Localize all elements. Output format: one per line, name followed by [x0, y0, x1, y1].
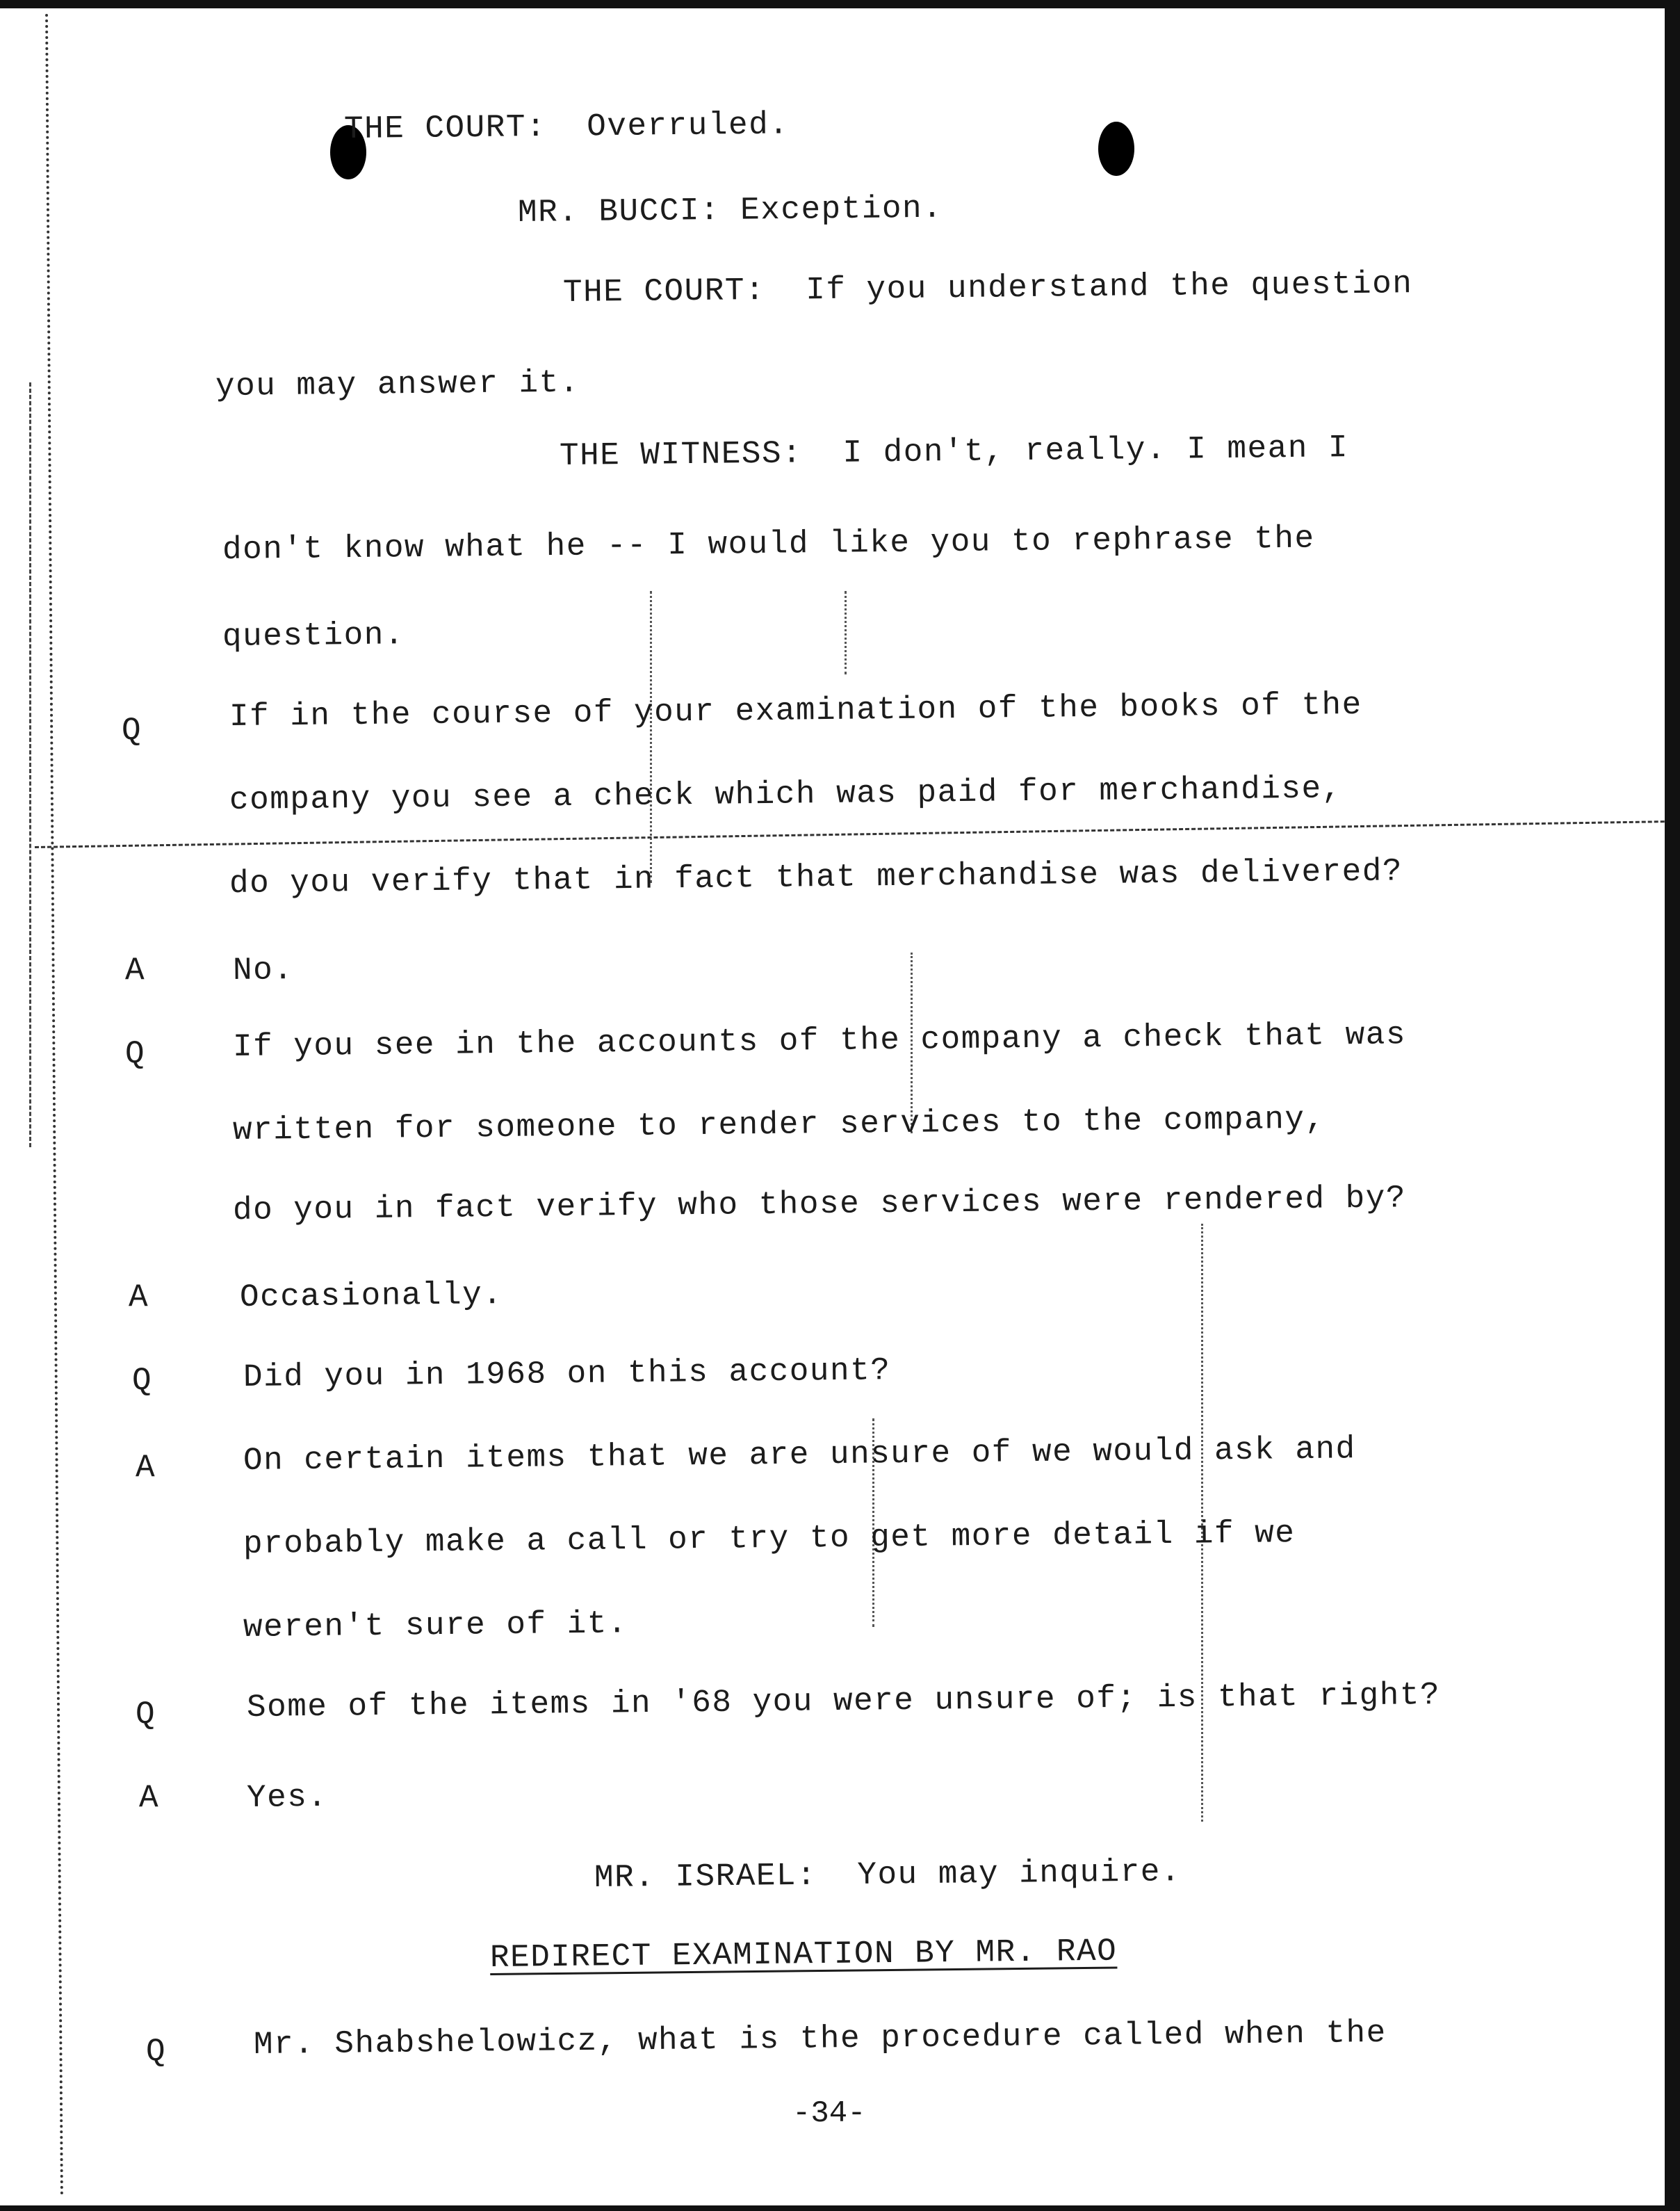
- punch-hole-right: [1098, 122, 1134, 176]
- qa-line: Occasionally.: [240, 1277, 503, 1315]
- speaker-label: THE COURT:: [344, 109, 547, 147]
- qa-line: Did you in 1968 on this account?: [243, 1352, 891, 1395]
- qa-marker: Q: [136, 1696, 155, 1733]
- qa-marker: Q: [132, 1363, 152, 1399]
- qa-marker: A: [136, 1450, 155, 1486]
- line-text: question.: [222, 617, 405, 655]
- speaker-label: MR. ISRAEL:: [594, 1858, 817, 1896]
- qa-line: No.: [233, 952, 294, 989]
- speaker-label: MR. BUCCI:: [518, 193, 721, 231]
- line-text: Overruled.: [587, 106, 790, 145]
- line-text: I don't, really. I mean I: [842, 430, 1348, 471]
- scan-border-top: [0, 0, 1680, 8]
- speaker-label: THE COURT:: [563, 273, 766, 311]
- scan-artifact: [845, 591, 847, 674]
- speaker-label: THE WITNESS:: [560, 435, 803, 474]
- binding-margin-line-secondary: [29, 382, 31, 1147]
- line-text: you may answer it.: [215, 365, 580, 405]
- transcript-line: MR. BUCCI: Exception.: [518, 191, 943, 231]
- qa-marker: A: [139, 1780, 158, 1816]
- page-number: -34-: [792, 2096, 866, 2131]
- scan-artifact: [650, 591, 652, 883]
- scan-border-bottom: [0, 2205, 1680, 2211]
- qa-marker: Q: [146, 2034, 165, 2070]
- transcript-page: THE COURT: Overruled. MR. BUCCI: Excepti…: [0, 0, 1680, 2211]
- transcript-line: question.: [222, 617, 405, 655]
- qa-line: Yes.: [247, 1779, 328, 1816]
- scan-border-right: [1665, 0, 1680, 2211]
- section-heading: REDIRECT EXAMINATION BY MR. RAO: [490, 1934, 1118, 1976]
- qa-line: weren't sure of it.: [243, 1605, 628, 1646]
- transcript-line: THE COURT: Overruled.: [344, 106, 790, 147]
- line-text: You may inquire.: [857, 1854, 1181, 1893]
- line-text: If you understand the question: [806, 266, 1413, 308]
- qa-marker: A: [129, 1279, 148, 1315]
- transcript-line: you may answer it.: [215, 365, 580, 405]
- transcript-line: MR. ISRAEL: You may inquire.: [594, 1854, 1182, 1896]
- qa-marker: A: [125, 953, 145, 989]
- line-text: Exception.: [740, 191, 943, 229]
- qa-marker: Q: [122, 713, 141, 749]
- qa-marker: Q: [125, 1036, 145, 1072]
